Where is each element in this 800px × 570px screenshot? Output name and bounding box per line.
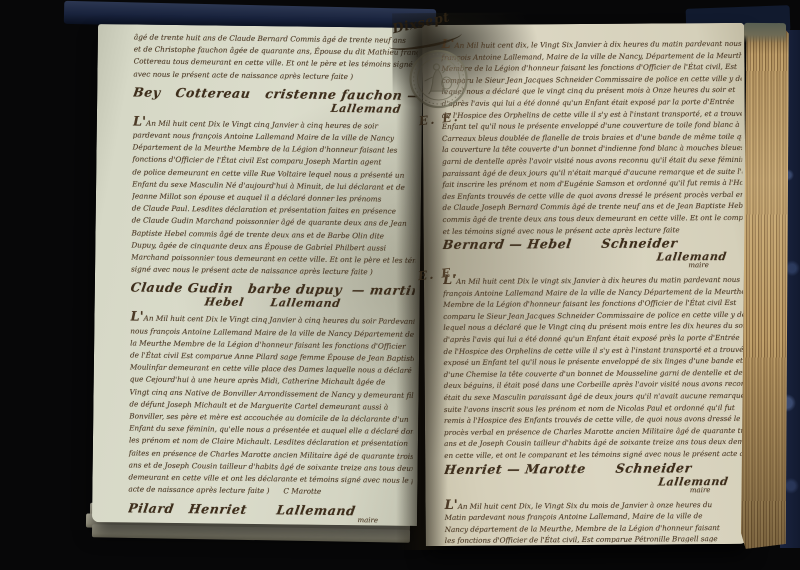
signature-row: Hebel Lallemand	[130, 295, 416, 311]
left-page: âgé de trente huit ans de Claude Bernard…	[92, 24, 423, 526]
fore-edge-page-block	[740, 23, 789, 549]
signature-row: Lallemand	[442, 250, 744, 265]
signature-row: Lallemand	[444, 474, 745, 489]
left-page-text: âgé de trente huit ans de Claude Bernard…	[128, 31, 418, 522]
revenue-stamp-icon	[406, 47, 470, 111]
signature-row: Lallemand	[132, 99, 418, 115]
book-photo: âgé de trente huit ans de Claude Bernard…	[0, 0, 800, 570]
manuscript-line: commis âgé de trente deux ans tous deux …	[443, 212, 743, 226]
signature-row: Pilard Henriet Lallemand	[128, 500, 413, 518]
manuscript-line: les fonctions d'Officier de l'État civil…	[445, 533, 745, 544]
right-page-text: L'An Mil huit cent dix, le Vingt Six Jan…	[441, 37, 745, 544]
signature-row: Henriet — Marotte Schneider	[443, 459, 745, 476]
manuscript-line: signé avec nous le présent acte de naiss…	[131, 264, 415, 280]
right-page: Dixsept E. E. E. E. L'An Mil huit cent d…	[422, 23, 748, 546]
fore-edge-headcap	[744, 23, 786, 43]
